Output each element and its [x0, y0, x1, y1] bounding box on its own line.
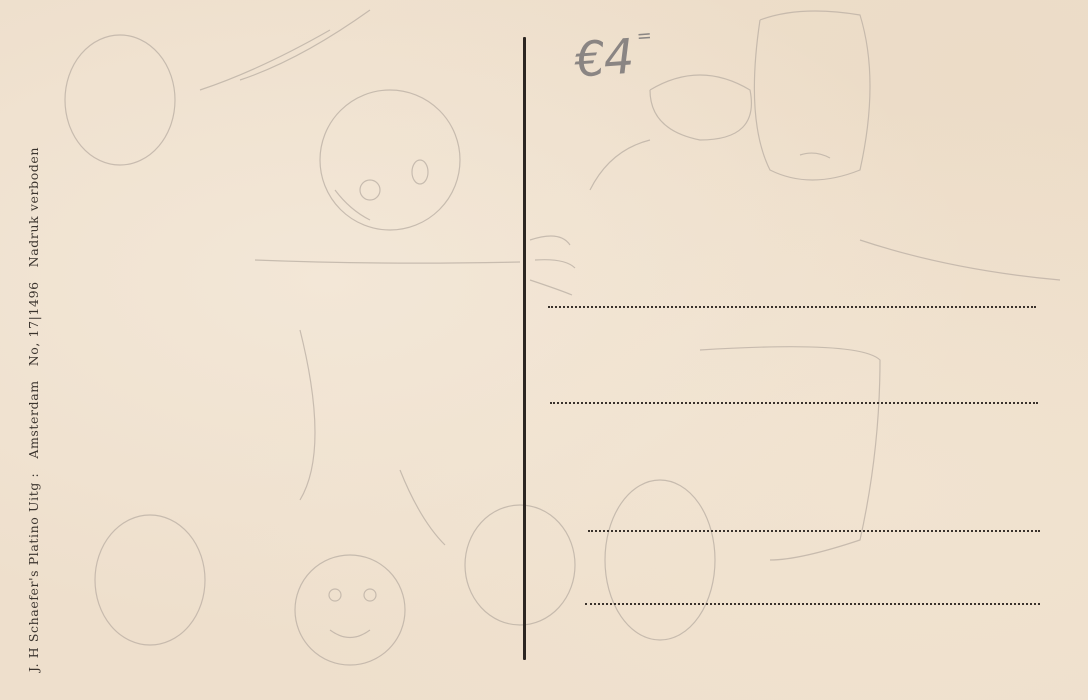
pencil-price-annotation: €4=	[573, 25, 653, 88]
center-divider-line	[523, 37, 526, 660]
imprint-notice: Nadruk verboden	[26, 147, 41, 267]
address-line-1	[548, 306, 1036, 308]
imprint-city: Amsterdam	[26, 380, 41, 458]
address-line-3	[588, 530, 1040, 532]
imprint-number: No, 17|1496	[26, 281, 41, 366]
publisher-imprint: J. H Schaefer's Platino Uitg : Amsterdam…	[26, 147, 41, 672]
price-superscript: =	[636, 25, 651, 47]
postcard-back: J. H Schaefer's Platino Uitg : Amsterdam…	[0, 0, 1088, 700]
imprint-publisher: J. H Schaefer's Platino Uitg :	[26, 473, 41, 672]
address-line-2	[550, 402, 1038, 404]
address-line-4	[585, 603, 1040, 605]
pencil-sketches	[0, 0, 1088, 700]
price-text: €4	[573, 29, 634, 89]
